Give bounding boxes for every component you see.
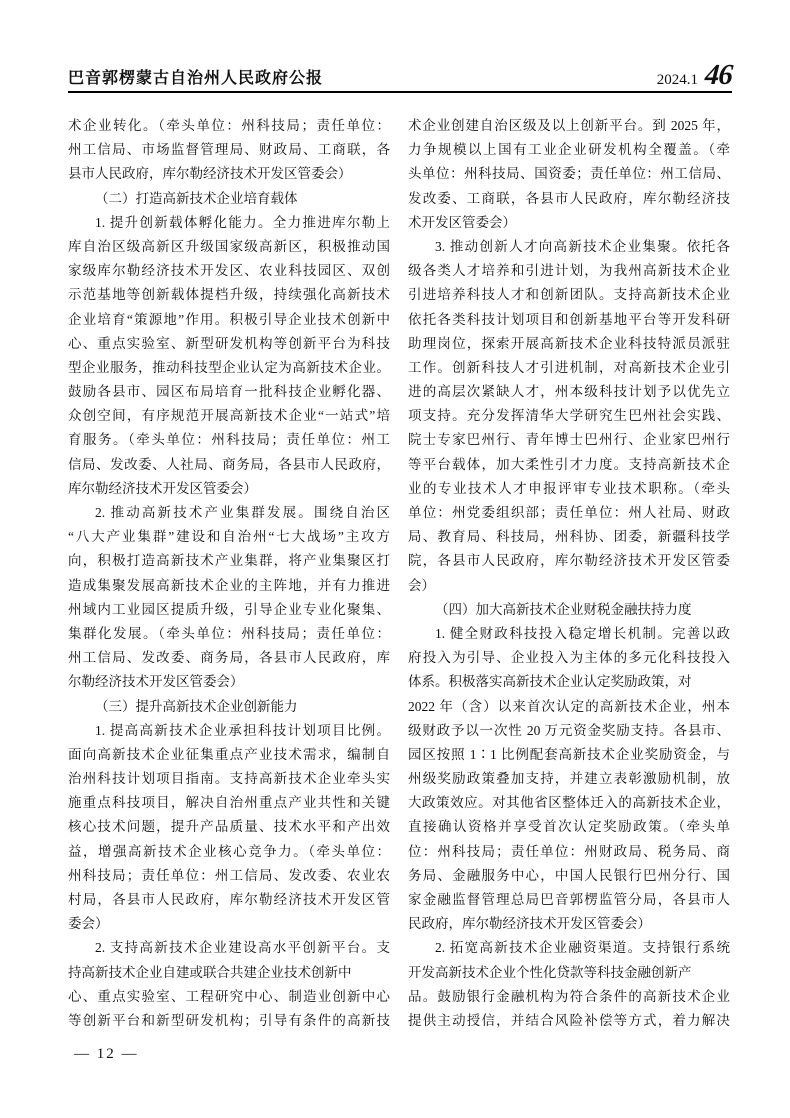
right-column-line: 项支持。充分发挥清华大学研究生巴州社会实践、 xyxy=(408,404,730,428)
left-column-line: 州工信局、发改委、商务局，各县市人民政府，库 xyxy=(68,646,390,670)
page-header: 巴音郭楞蒙古自治州人民政府公报 2024.1 46 xyxy=(68,56,732,90)
right-column-line: 局、教育局、科技局，州科协、团委，新疆科技学 xyxy=(408,525,730,549)
issue-info: 2024.1 46 xyxy=(657,61,732,90)
right-column-line: 引进培养科技人才和创新团队。支持高新技术企业 xyxy=(408,283,730,307)
left-column-line: 库尔勒经济技术开发区管委会） xyxy=(68,477,390,501)
right-column-line: 1. 健全财政科技投入稳定增长机制。完善以政 xyxy=(408,622,730,646)
left-column-line: 1. 提高高新技术企业承担科技计划项目比例。 xyxy=(68,719,390,743)
left-column-line: 集群化发展。（牵头单位：州科技局；责任单位： xyxy=(68,622,390,646)
left-column-line: 面向高新技术企业征集重点产业技术需求，编制自 xyxy=(68,743,390,767)
left-column-line: 心、重点实验室、新型研发机构等创新平台为科技 xyxy=(68,332,390,356)
left-column-line: 县市人民政府，库尔勒经济技术开发区管委会） xyxy=(68,162,390,186)
right-column-line: 院，各县市人民政府，库尔勒经济技术开发区管委 xyxy=(408,549,730,573)
right-column-line: 3. 推动创新人才向高新技术企业集聚。依托各 xyxy=(408,235,730,259)
right-column-line: 依托各类科技计划项目和创新基地平台等开发科研 xyxy=(408,308,730,332)
right-column-line: 家金融监督管理总局巴音郭楞监管分局，各县市人 xyxy=(408,888,730,912)
right-column-line: 2. 拓宽高新技术企业融资渠道。支持银行系统 xyxy=(408,936,730,960)
right-column-line: 院士专家巴州行、青年博士巴州行、企业家巴州行 xyxy=(408,428,730,452)
left-column-line: 等创新平台和新型研发机构；引导有条件的高新技 xyxy=(68,1009,390,1033)
left-column-line: 州工信局、市场监督管理局、财政局、工商联，各 xyxy=(68,138,390,162)
right-column-line: 州级奖励政策叠加支持，并建立表彰激励机制，放 xyxy=(408,767,730,791)
right-column-line: 头单位：州科技局、国资委；责任单位：州工信局、 xyxy=(408,162,730,186)
right-column-line: 府投入为引导、企业投入为主体的多元化科技投入 xyxy=(408,646,730,670)
left-column-line: 术企业转化。（牵头单位：州科技局；责任单位： xyxy=(68,114,390,138)
right-column-line: 等平台载体，加大柔性引才力度。支持高新技术企 xyxy=(408,453,730,477)
left-column-line: 核心技术问题，提升产品质量、技术水平和产出效 xyxy=(68,815,390,839)
right-column-line: 位：州科技局；责任单位：州财政局、税务局、商 xyxy=(408,840,730,864)
left-column-line: （二）打造高新技术企业培育载体 xyxy=(68,187,390,211)
left-column-line: 委会） xyxy=(68,912,390,936)
right-column-line: 大政策效应。对其他省区整体迁入的高新技术企业， xyxy=(408,791,730,815)
left-column: 术企业转化。（牵头单位：州科技局；责任单位：州工信局、市场监督管理局、财政局、工… xyxy=(68,114,390,1033)
left-column-line: 向，积极打造高新技术产业集群，将产业集聚区打 xyxy=(68,549,390,573)
left-column-line: 施重点科技项目，解决自治州重点产业共性和关键 xyxy=(68,791,390,815)
right-column-line: 力争规模以上国有工业企业研发机构全覆盖。（牵 xyxy=(408,138,730,162)
left-column-line: 州域内工业园区提质升级，引导企业专业化聚集、 xyxy=(68,598,390,622)
right-column-line: 进的高层次紧缺人才，州本级科技计划予以优先立 xyxy=(408,380,730,404)
left-column-line: 示范基地等创新载体提档升级，持续强化高新技术 xyxy=(68,283,390,307)
right-column: 术企业创建自治区级及以上创新平台。到 2025 年，力争规模以上国有工业企业研发… xyxy=(408,114,730,1033)
left-column-line: 州科技局；责任单位：州工信局、发改委、农业农 xyxy=(68,864,390,888)
left-column-line: 村局，各县市人民政府，库尔勒经济技术开发区管 xyxy=(68,888,390,912)
right-column-line: 品。鼓励银行金融机构为符合条件的高新技术企业 xyxy=(408,985,730,1009)
right-column-line: 民政府，库尔勒经济技术开发区管委会） xyxy=(408,912,730,936)
left-column-line: 心、重点实验室、工程研究中心、制造业创新中心 xyxy=(68,985,390,1009)
left-column-line: 造成集聚发展高新技术企业的主阵地，并有力推进 xyxy=(68,574,390,598)
left-column-line: 2. 推动高新技术产业集群发展。围绕自治区 xyxy=(68,501,390,525)
left-column-line: 持高新技术企业自建或联合共建企业技术创新中 xyxy=(68,961,390,985)
issue-number: 46 xyxy=(704,61,733,90)
right-column-line: 级财政予以一次性 20 万元资金奖励支持。各县市、 xyxy=(408,719,730,743)
gazette-page: 巴音郭楞蒙古自治州人民政府公报 2024.1 46 术企业转化。（牵头单位：州科… xyxy=(0,0,790,1118)
right-column-line: 园区按照 1∶1 比例配套高新技术企业奖励资金，与 xyxy=(408,743,730,767)
left-column-line: 鼓励各县市、园区布局培育一批科技企业孵化器、 xyxy=(68,380,390,404)
right-column-line: 发改委、工商联，各县市人民政府，库尔勒经济技 xyxy=(408,187,730,211)
right-column-line: 助理岗位，探索开展高新技术企业科技特派员派驻 xyxy=(408,332,730,356)
left-column-line: 家级库尔勒经济技术开发区、农业科技园区、双创 xyxy=(68,259,390,283)
right-column-line: （四）加大高新技术企业财税金融扶持力度 xyxy=(408,598,730,622)
left-column-line: 1. 提升创新载体孵化能力。全力推进库尔勒上 xyxy=(68,211,390,235)
left-column-line: （三）提升高新技术企业创新能力 xyxy=(68,695,390,719)
left-column-line: 益，增强高新技术企业核心竞争力。（牵头单位： xyxy=(68,840,390,864)
right-column-line: 开发高新技术企业个性化贷款等科技金融创新产 xyxy=(408,961,730,985)
page-number: — 12 — xyxy=(74,1046,139,1062)
right-column-line: 务局、金融服务中心，中国人民银行巴州分行、国 xyxy=(408,864,730,888)
left-column-line: 治州科技计划项目指南。支持高新技术企业牵头实 xyxy=(68,767,390,791)
right-column-line: 直接确认资格并享受首次认定奖励政策。（牵头单 xyxy=(408,815,730,839)
left-column-line: 尔勒经济技术开发区管委会） xyxy=(68,670,390,694)
right-column-line: 体系。积极落实高新技术企业认定奖励政策，对 xyxy=(408,670,730,694)
right-column-line: 术企业创建自治区级及以上创新平台。到 2025 年， xyxy=(408,114,730,138)
right-column-line: 级各类人才培养和引进计划，为我州高新技术企业 xyxy=(408,259,730,283)
left-column-line: 企业培育“策源地”作用。积极引导企业技术创新中 xyxy=(68,308,390,332)
page-footer: — 12 — xyxy=(74,1046,139,1063)
left-column-line: “八大产业集群”建设和自治州“七大战场”主攻方 xyxy=(68,525,390,549)
left-column-line: 众创空间，有序规范开展高新技术企业“一站式”培 xyxy=(68,404,390,428)
left-column-line: 育服务。（牵头单位：州科技局；责任单位：州工 xyxy=(68,428,390,452)
right-column-line: 工作。创新科技人才引进机制，对高新技术企业引 xyxy=(408,356,730,380)
right-column-line: 业的专业技术人才申报评审专业技术职称。（牵头 xyxy=(408,477,730,501)
right-column-line: 单位：州党委组织部；责任单位：州人社局、财政 xyxy=(408,501,730,525)
left-column-line: 型企业服务，推动科技型企业认定为高新技术企业。 xyxy=(68,356,390,380)
gazette-title: 巴音郭楞蒙古自治州人民政府公报 xyxy=(68,71,323,90)
header-rule xyxy=(68,91,732,93)
document-body: 术企业转化。（牵头单位：州科技局；责任单位：州工信局、市场监督管理局、财政局、工… xyxy=(68,114,730,1033)
right-column-line: 2022 年（含）以来首次认定的高新技术企业，州本 xyxy=(408,695,730,719)
left-column-line: 库自治区级高新区升级国家级高新区，积极推动国 xyxy=(68,235,390,259)
left-column-line: 信局、发改委、人社局、商务局，各县市人民政府， xyxy=(68,453,390,477)
right-column-line: 提供主动授信，并结合风险补偿等方式，着力解决 xyxy=(408,1009,730,1033)
right-column-line: 会） xyxy=(408,574,730,598)
issue-date: 2024.1 xyxy=(657,73,698,88)
right-column-line: 术开发区管委会） xyxy=(408,211,730,235)
left-column-line: 2. 支持高新技术企业建设高水平创新平台。支 xyxy=(68,936,390,960)
